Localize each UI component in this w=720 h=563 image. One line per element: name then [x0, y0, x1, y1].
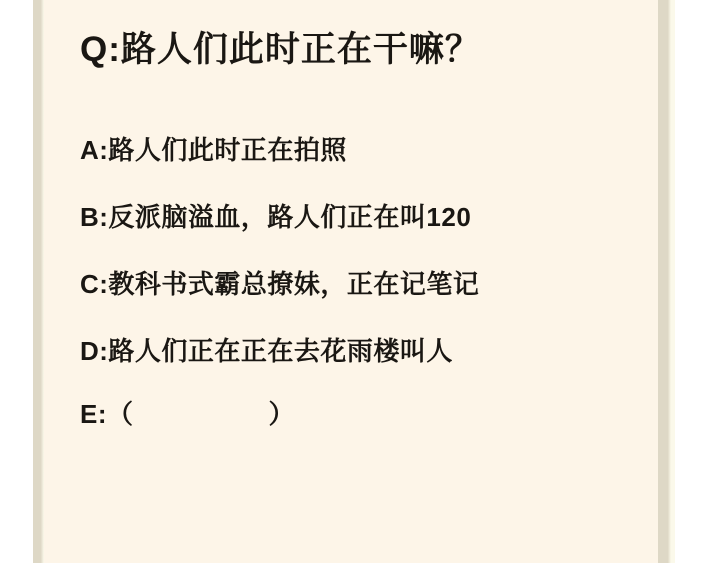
quiz-panel: Q:路人们此时正在干嘛？ A:路人们此时正在拍照 B:反派脑溢血，路人们正在叫1…: [44, 0, 658, 563]
option-d: D:路人们正在正在去花雨楼叫人: [80, 336, 453, 367]
quiz-page: Q:路人们此时正在干嘛？ A:路人们此时正在拍照 B:反派脑溢血，路人们正在叫1…: [0, 0, 720, 563]
question-title: Q:路人们此时正在干嘛？: [80, 30, 481, 70]
option-e: E:（ ）: [80, 399, 295, 430]
option-e-close: ）: [269, 399, 296, 430]
left-page-edge-band: [33, 0, 44, 563]
option-b: B:反派脑溢血，路人们正在叫120: [80, 202, 471, 233]
right-page-edge-highlight: [671, 0, 675, 563]
option-e-open: E:（: [80, 399, 134, 430]
option-e-blank-space: [134, 422, 269, 423]
right-page-edge-band: [658, 0, 671, 563]
option-c: C:教科书式霸总撩妹，正在记笔记: [80, 269, 479, 300]
option-a: A:路人们此时正在拍照: [80, 135, 347, 166]
